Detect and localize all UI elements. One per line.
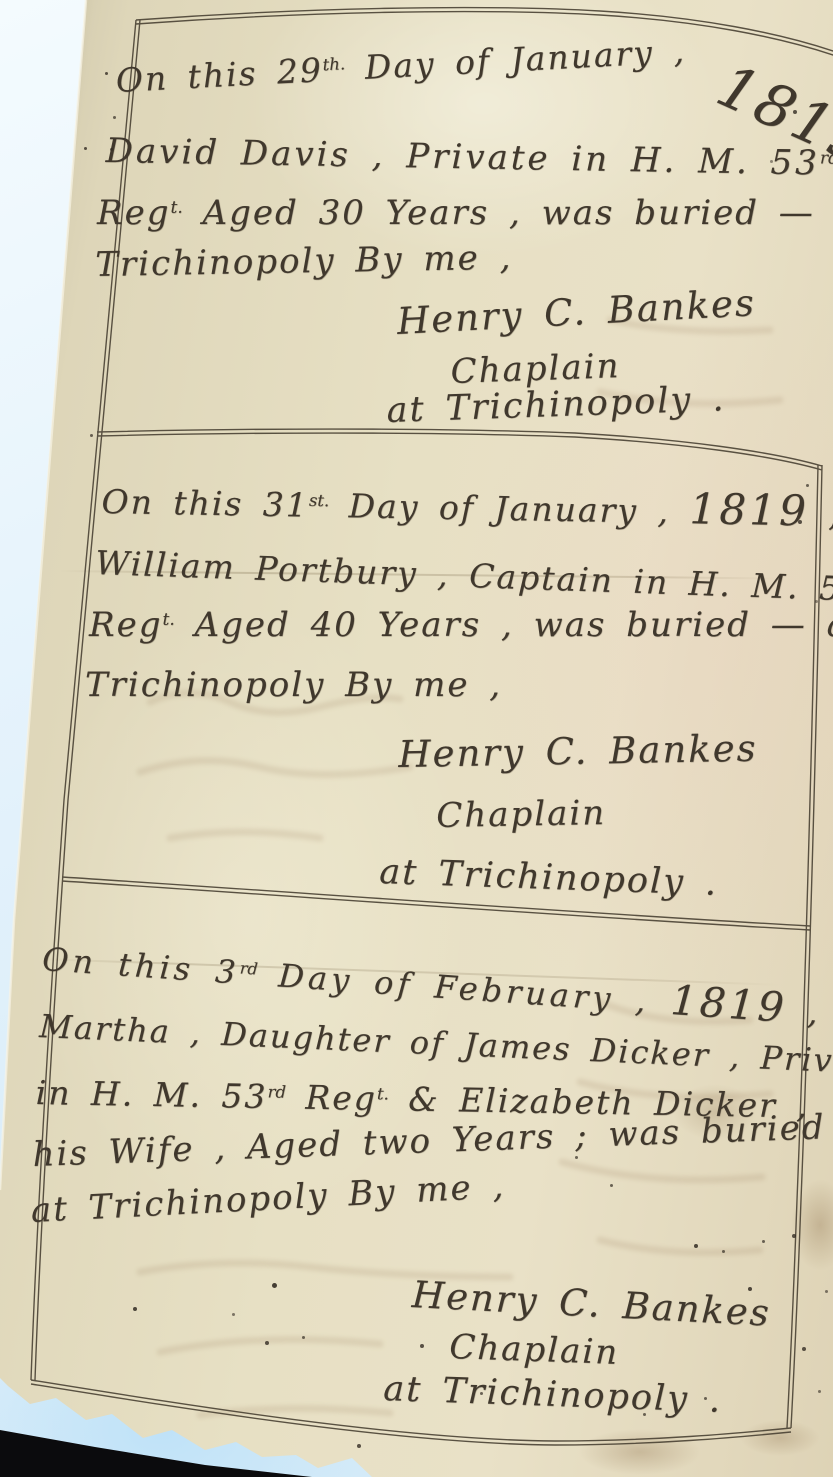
ink-dot [798, 520, 802, 524]
handwritten-text: Chaplain [436, 793, 607, 836]
ink-dot [643, 1413, 646, 1416]
entry-3-line-7: Chaplain [449, 1330, 620, 1370]
entry-1-line-5: Trichinopoly By me , [95, 241, 513, 282]
handwritten-text: Trichinopoly By me , [85, 665, 502, 705]
ink-dot [232, 1313, 235, 1316]
ink-dot [480, 1392, 483, 1395]
ink-dot [762, 1240, 765, 1243]
handwritten-text: rd [267, 1082, 286, 1101]
register-page-photo: On this 29th. Day of January ,1819David … [0, 0, 833, 1477]
ink-dot [770, 160, 773, 163]
handwritten-text: in H. M. 53 [35, 1073, 267, 1116]
handwritten-text: th. [322, 54, 345, 74]
ink-dot [357, 1444, 361, 1448]
ink-dot [802, 1347, 806, 1351]
handwritten-text: rd [820, 148, 833, 168]
ink-dot [792, 1234, 796, 1238]
ink-dot [793, 110, 797, 114]
handwritten-text: 1819 [689, 484, 809, 535]
ink-dot [105, 72, 108, 75]
ink-dot [265, 1341, 269, 1345]
ink-dot [610, 1184, 613, 1187]
entry-2-line-4: Trichinopoly By me , [85, 668, 502, 702]
handwritten-text: Aged 30 Years , was buried — at [183, 193, 833, 233]
ink-dot [806, 484, 809, 487]
handwritten-text: Aged 40 Years , was buried — at [175, 605, 833, 645]
ink-dot [722, 1250, 725, 1253]
handwritten-text: t. [163, 610, 175, 630]
handwritten-text: Henry C. Bankes [398, 727, 758, 776]
handwritten-text: t. [171, 198, 183, 218]
handwritten-text: , [809, 494, 833, 534]
ink-dot [113, 116, 116, 119]
handwritten-text: rd [239, 958, 258, 978]
handwritten-text: On this 31 [101, 482, 309, 525]
handwritten-text: st. [309, 491, 330, 510]
ink-dot [575, 1156, 578, 1159]
handwritten-text: , [785, 992, 823, 1032]
handwritten-text: Chaplain [449, 1327, 620, 1373]
entry-2-line-6: Chaplain [436, 796, 606, 833]
ink-dot [272, 1283, 277, 1288]
ink-dot [815, 600, 818, 603]
handwritten-text: t. [377, 1084, 389, 1103]
handwritten-text: Day of January , [329, 486, 690, 531]
handwritten-text: Reg [286, 1077, 378, 1118]
ink-dot [110, 148, 113, 151]
ink-dot [704, 1397, 707, 1400]
entry-1-line-4: Regt. Aged 30 Years , was buried — at [97, 196, 833, 230]
ink-dot [694, 1244, 698, 1248]
ink-dot [302, 1336, 305, 1339]
ink-dot [90, 434, 93, 437]
entry-2-line-3: Regt. Aged 40 Years , was buried — at [89, 608, 833, 642]
ink-dot [748, 1287, 752, 1291]
handwritten-text: Reg [97, 193, 171, 233]
ink-dot [133, 1307, 137, 1311]
ink-dot [825, 1290, 828, 1293]
ink-dot [84, 147, 87, 150]
ink-dot [818, 1390, 821, 1393]
handwritten-text: 1819 [669, 976, 788, 1032]
ink-dot [420, 1344, 424, 1348]
entry-2-line-5: Henry C. Bankes [398, 730, 758, 773]
handwritten-text: Reg [89, 605, 163, 645]
handwritten-text: Trichinopoly By me , [95, 238, 513, 285]
